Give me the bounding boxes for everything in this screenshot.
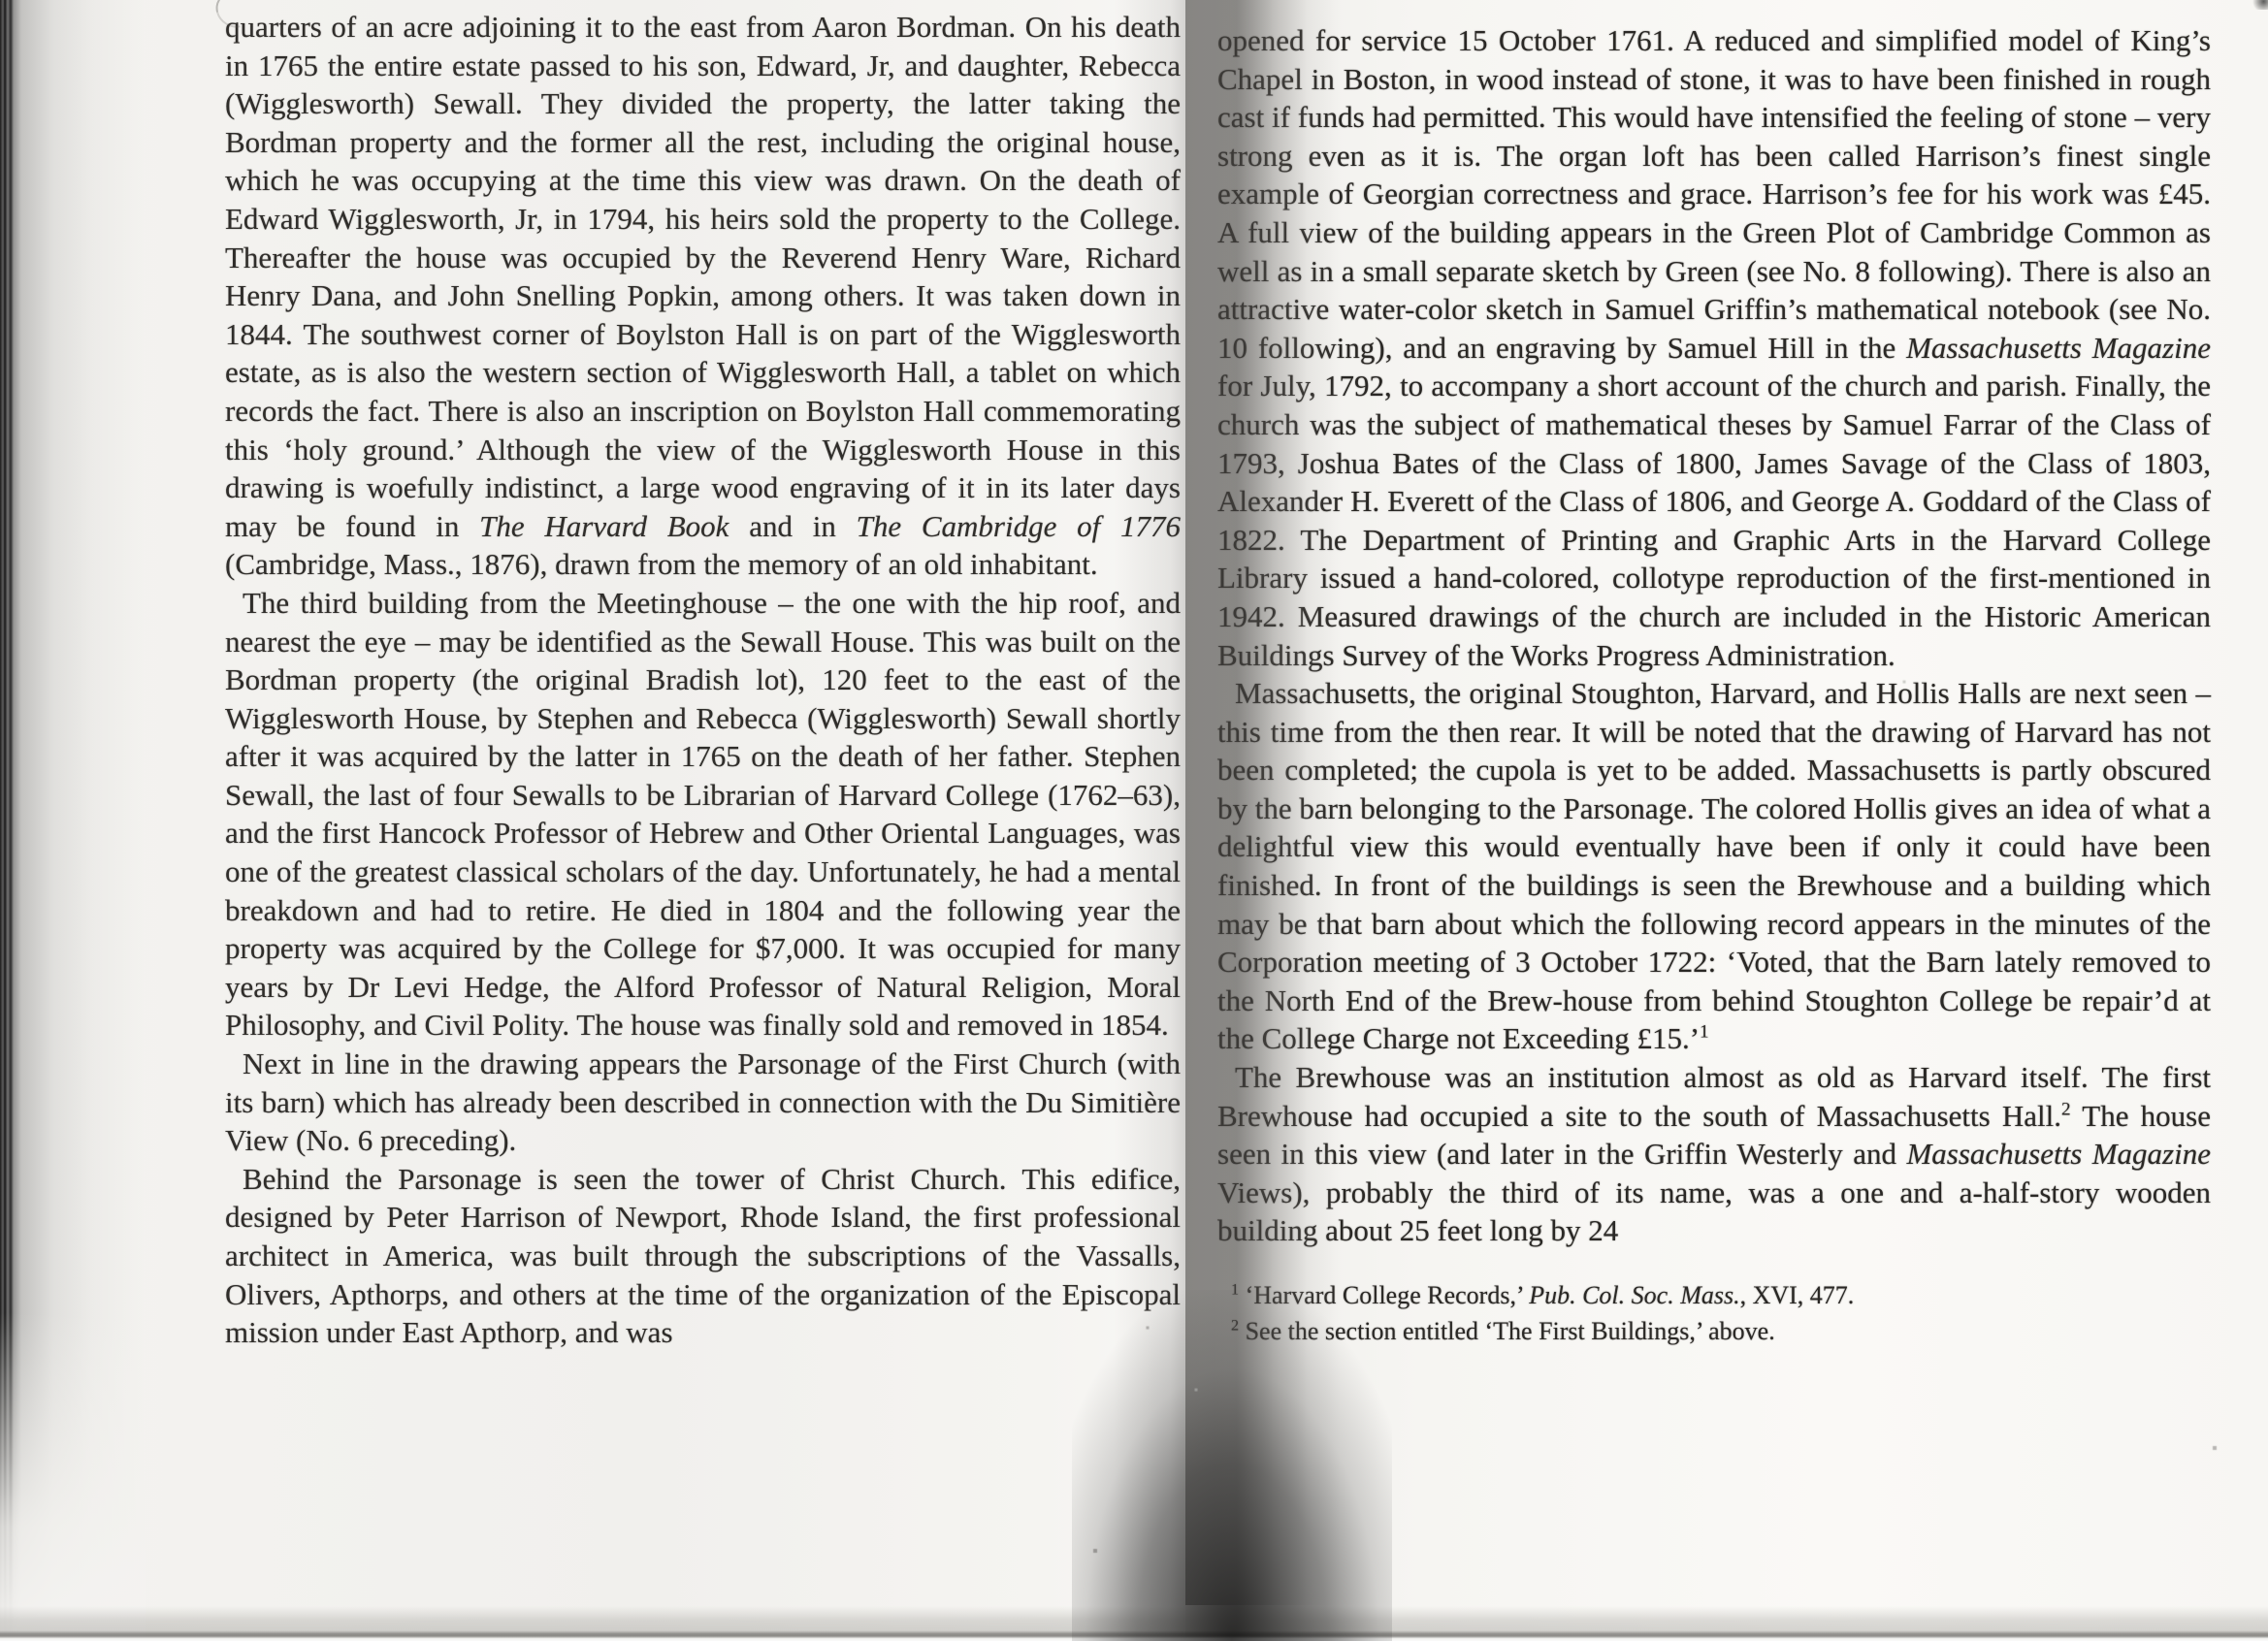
text-run: and in: [729, 509, 856, 543]
paragraph: Behind the Parsonage is seen the tower o…: [225, 1160, 1181, 1352]
italic-text: Pub. Col. Soc. Mass.: [1529, 1281, 1739, 1309]
text-run: Massachusetts, the original Stoughton, H…: [1217, 676, 2211, 1055]
right-page-text: opened for service 15 October 1761. A re…: [1217, 21, 2211, 1349]
text-run: quarters of an acre adjoining it to the …: [225, 10, 1181, 543]
left-page-text: quarters of an acre adjoining it to the …: [225, 8, 1181, 1352]
left-page: quarters of an acre adjoining it to the …: [0, 0, 1185, 1641]
text-run: for July, 1792, to accompany a short acc…: [1217, 369, 2211, 671]
text-run: The third building from the Meetinghouse…: [225, 586, 1181, 1043]
italic-text: Massachusetts Magazine: [1906, 1137, 2211, 1171]
book-scan: quarters of an acre adjoining it to the …: [0, 0, 2268, 1641]
paragraph: The third building from the Meetinghouse…: [225, 584, 1181, 1045]
text-run: , XVI, 477.: [1740, 1281, 1855, 1309]
book-edge-shadow: [0, 0, 146, 1641]
text-run: Views), probably the third of its name, …: [1217, 1175, 2211, 1248]
footnote-ref: 2: [2061, 1099, 2071, 1119]
paragraph: opened for service 15 October 1761. A re…: [1217, 21, 2211, 674]
paragraph: The Brewhouse was an institution almost …: [1217, 1058, 2211, 1250]
right-page-body: opened for service 15 October 1761. A re…: [1217, 21, 2211, 1250]
corner-mark: [2251, 0, 2268, 10]
paragraph: Next in line in the drawing appears the …: [225, 1045, 1181, 1160]
text-run: Behind the Parsonage is seen the tower o…: [225, 1162, 1181, 1349]
paragraph: quarters of an acre adjoining it to the …: [225, 8, 1181, 584]
dust-specks: [0, 0, 2, 2]
gutter-bottom-shadow: [1072, 1290, 1392, 1641]
footnote-ref: 1: [1700, 1022, 1709, 1043]
text-run: opened for service 15 October 1761. A re…: [1217, 23, 2211, 365]
text-run: (Cambridge, Mass., 1876), drawn from the…: [225, 547, 1098, 581]
italic-text: Massachusetts Magazine: [1906, 331, 2211, 365]
paragraph: Massachusetts, the original Stoughton, H…: [1217, 674, 2211, 1058]
italic-text: The Harvard Book: [479, 509, 729, 543]
text-run: Next in line in the drawing appears the …: [225, 1046, 1181, 1157]
text-run: The Brewhouse was an institution almost …: [1217, 1060, 2211, 1133]
